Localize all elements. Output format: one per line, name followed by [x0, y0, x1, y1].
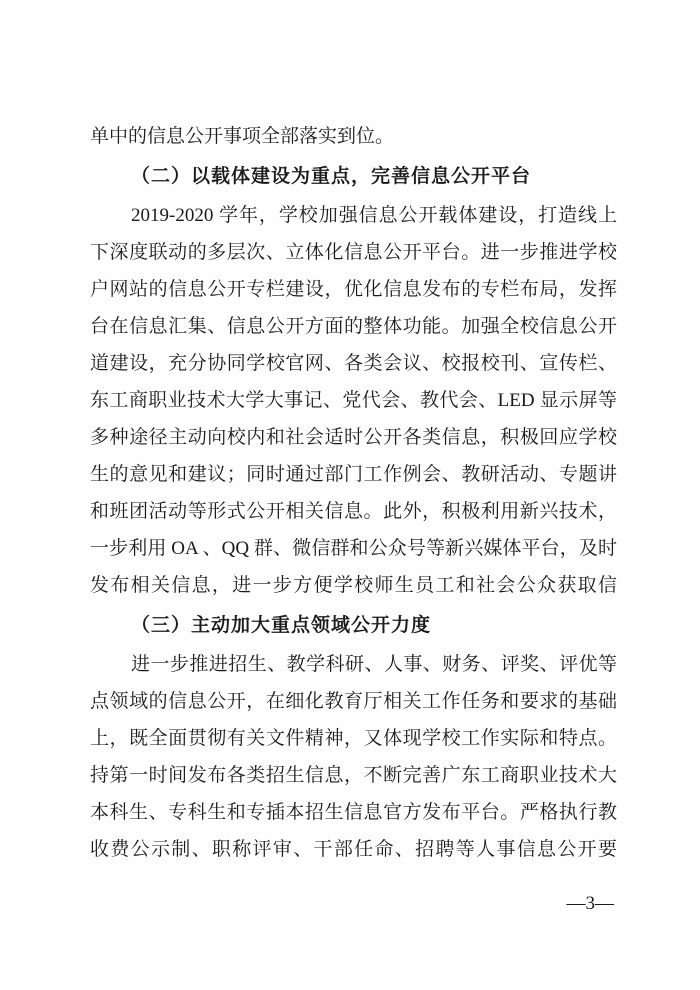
text-line: 单中的信息公开事项全部落实到位。	[90, 118, 617, 155]
text-line: 持第一时间发布各类招生信息，不断完善广东工商职业技术大学	[90, 757, 617, 794]
text-line: 收费公示制、职称评审、干部任命、招聘等人事信息公开要求。	[90, 831, 617, 868]
text-line: 点领域的信息公开，在细化教育厅相关工作任务和要求的基础	[90, 683, 617, 720]
text-line: 东工商职业技术大学大事记、党代会、教代会、LED 显示屏等	[90, 382, 617, 419]
document-body: 单中的信息公开事项全部落实到位。（二）以载体建设为重点，完善信息公开平台2019…	[90, 118, 617, 868]
text-line: 户网站的信息公开专栏建设，优化信息发布的专栏布局，发挥平	[90, 271, 617, 308]
document-page: 单中的信息公开事项全部落实到位。（二）以载体建设为重点，完善信息公开平台2019…	[0, 0, 700, 990]
text-line: 进一步推进招生、教学科研、人事、财务、评奖、评优等重	[90, 646, 617, 683]
text-line: 一步利用 OA 、QQ 群、微信群和公众号等新兴媒体平台，及时	[90, 530, 617, 567]
text-line: 生的意见和建议；同时通过部门工作例会、教研活动、专题讲座	[90, 456, 617, 493]
text-line: 台在信息汇集、信息公开方面的整体功能。加强全校信息公开渠	[90, 308, 617, 345]
text-line: 道建设，充分协同学校官网、各类会议、校报校刊、宣传栏、广	[90, 345, 617, 382]
text-line: 2019-2020 学年，学校加强信息公开载体建设，打造线上线	[90, 197, 617, 234]
page-number: —3—	[567, 893, 615, 915]
text-line: 下深度联动的多层次、立体化信息公开平台。进一步推进学校门	[90, 234, 617, 271]
text-line: 多种途径主动向校内和社会适时公开各类信息，积极回应学校师	[90, 419, 617, 456]
section-heading: （二）以载体建设为重点，完善信息公开平台	[90, 158, 617, 195]
text-line: 本科生、专科生和专插本招生信息官方发布平台。严格执行教育	[90, 794, 617, 831]
section-heading: （三）主动加大重点领域公开力度	[90, 607, 617, 644]
text-line: 和班团活动等形式公开相关信息。此外，积极利用新兴技术，进	[90, 493, 617, 530]
text-line: 上，既全面贯彻有关文件精神，又体现学校工作实际和特点。坚	[90, 720, 617, 757]
text-line: 发布相关信息，进一步方便学校师生员工和社会公众获取信息。	[90, 567, 617, 604]
